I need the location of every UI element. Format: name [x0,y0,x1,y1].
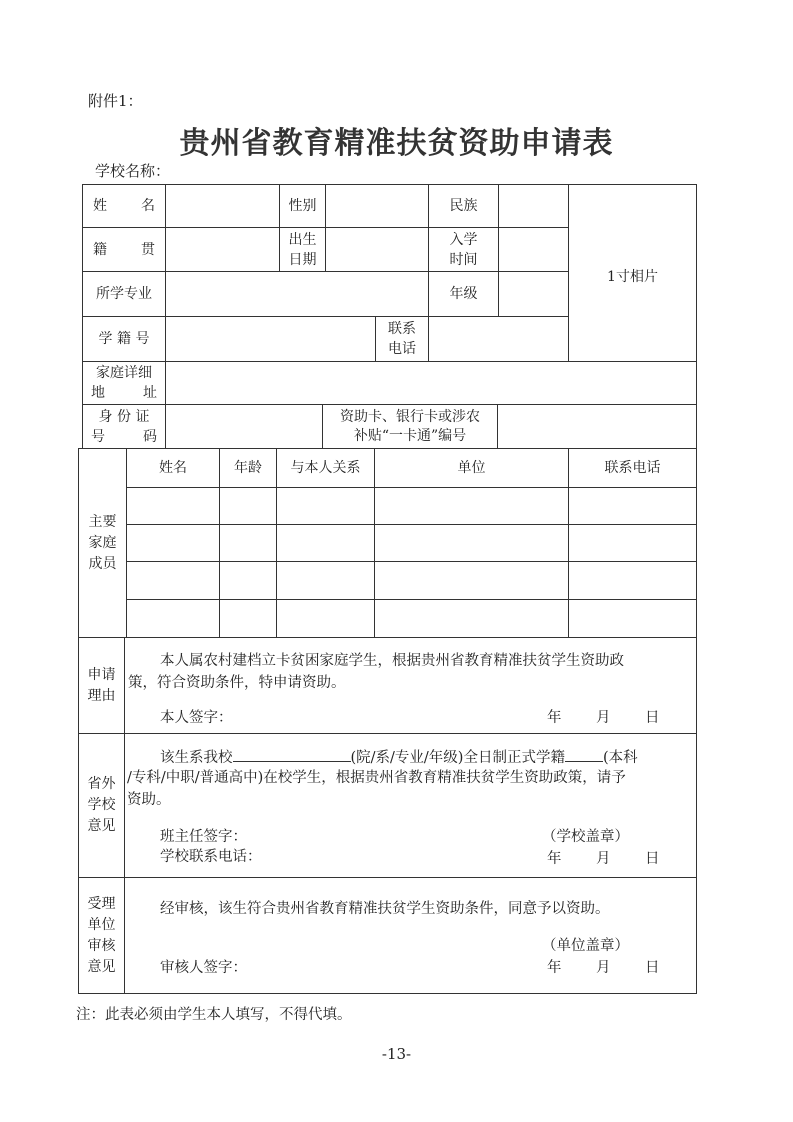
page-number: -13- [0,1045,793,1063]
table-border-bottom [78,993,697,994]
grid-line [165,184,166,448]
school-opinion-line3: 资助。 [127,789,171,811]
school-date-year: 年 [547,848,562,870]
review-date-month: 月 [596,957,611,979]
grid-line [124,637,125,993]
family-name-cell[interactable] [128,489,218,523]
photo-placeholder[interactable]: 1寸相片 [569,185,696,361]
phone-label-line: 联系 [388,319,416,339]
family-phone-cell[interactable] [570,563,695,598]
table-border-right [696,184,697,994]
enroll-label-line: 时间 [450,250,478,270]
family-relation-cell[interactable] [278,526,373,560]
footnote: 注：此表必须由学生本人填写，不得代填。 [76,1003,352,1024]
school-opinion-line2: /专科/中职/普通高中)在校学生，根据贵州省教育精准扶贫学生资助政策，请予 [127,767,626,789]
subsidy-card-label: 资助卡、银行卡或涉农 补贴“一卡通”编号 [323,405,497,448]
review-label-line: 受理 [88,894,116,915]
gender-label: 性别 [280,185,325,227]
family-employer-cell[interactable] [376,489,567,523]
grade-label: 年级 [429,272,498,316]
grid-line [78,877,696,878]
family-age-cell[interactable] [221,563,275,598]
family-age-cell[interactable] [221,601,275,636]
grid-line [126,487,696,488]
grid-line [78,637,696,638]
review-label: 受理 单位 审核 意见 [79,878,124,993]
school-opinion-label-line: 意见 [88,816,116,837]
birth-label-line: 出生 [289,230,317,250]
birth-date-field[interactable] [327,229,427,270]
family-employer-cell[interactable] [376,563,567,598]
review-label-line: 单位 [88,915,116,936]
grid-line [497,404,498,448]
reason-label-line: 申请 [88,665,116,686]
applicant-signature-label: 本人签字： [160,707,233,729]
family-header-name: 姓名 [127,449,219,487]
school-stamp-label: （学校盖章） [542,826,629,848]
family-header-age: 年龄 [220,449,276,487]
family-label-line: 主要 [89,512,117,533]
reason-text-line1: 本人属农村建档立卡贫困家庭学生，根据贵州省教育精准扶贫学生资助政 [160,650,624,672]
enroll-label-line: 入学 [450,230,478,250]
address-label-part: 址 [143,383,157,403]
address-label: 家庭详细 地 址 [83,362,165,404]
school-name-label: 学校名称： [95,160,170,181]
family-header-phone: 联系电话 [569,449,696,487]
reason-date-year: 年 [547,707,562,729]
id-label-part: 号 [91,427,105,447]
attachment-label: 附件1： [88,90,143,111]
grid-line [126,599,696,600]
reason-date-month: 月 [596,707,611,729]
name-label-part: 姓 [93,196,107,216]
student-id-label: 学 籍 号 [83,317,165,361]
address-label-part: 地 [91,383,105,403]
school-opinion-text: 该生系我校 [160,750,233,766]
department-blank[interactable] [233,745,351,762]
enrollment-time-field[interactable] [500,229,567,270]
grid-line [498,184,499,316]
id-label-line: 号 码 [91,427,157,447]
family-phone-cell[interactable] [570,489,695,523]
card-label-line: 补贴“一卡通”编号 [354,427,466,446]
family-members-label: 主要 家庭 成员 [79,449,126,637]
family-header-relation: 与本人关系 [277,449,374,487]
review-text: 经审核，该生符合贵州省教育精准扶贫学生资助条件，同意予以资助。 [160,898,610,920]
school-phone-label: 学校联系电话： [160,846,262,868]
review-date-year: 年 [547,957,562,979]
family-relation-cell[interactable] [278,601,373,636]
ethnicity-field[interactable] [500,186,567,226]
family-employer-cell[interactable] [376,601,567,636]
reason-text-line2: 策，符合资助条件，特申请资助。 [128,672,346,694]
grid-line [325,184,326,271]
school-opinion-label: 省外 学校 意见 [79,734,124,877]
address-field[interactable] [167,363,695,403]
origin-label-part: 籍 [93,240,107,260]
school-date-day: 日 [645,848,660,870]
family-header-employer: 单位 [375,449,568,487]
enrollment-time-label: 入学 时间 [429,228,498,271]
major-label: 所学专业 [83,272,165,316]
id-label-line: 身 份 证 [91,407,157,427]
family-name-cell[interactable] [128,601,218,636]
origin-field[interactable] [167,229,278,270]
school-opinion-label-line: 学校 [88,795,116,816]
family-age-cell[interactable] [221,526,275,560]
grid-line [126,524,696,525]
unit-stamp-label: （单位盖章） [542,935,629,957]
school-opinion-text: (院/系/专业/年级)全日制正式学籍 [351,750,565,766]
family-employer-cell[interactable] [376,526,567,560]
family-relation-cell[interactable] [278,489,373,523]
ethnicity-label: 民族 [429,185,498,227]
id-label-part: 码 [143,427,157,447]
origin-label-part: 贯 [141,240,155,260]
review-label-line: 审核 [88,936,116,957]
grade-field[interactable] [500,273,567,315]
birth-date-label: 出生 日期 [280,228,325,271]
family-phone-cell[interactable] [570,526,695,560]
subsidy-card-field[interactable] [499,406,695,447]
name-field[interactable] [167,186,278,226]
review-date-day: 日 [645,957,660,979]
family-name-cell[interactable] [128,563,218,598]
school-date-month: 月 [596,848,611,870]
form-title: 贵州省教育精准扶贫资助申请表 [0,118,793,162]
phone-field[interactable] [430,318,567,360]
grid-line [82,361,696,362]
address-label-line: 家庭详细 [91,363,157,383]
family-label-line: 成员 [89,554,117,575]
teacher-signature-label: 班主任签字： [160,826,247,848]
review-label-line: 意见 [88,957,116,978]
enrollment-type-blank[interactable] [565,745,603,762]
grid-line [78,733,696,734]
gender-field[interactable] [327,186,427,226]
id-number-field[interactable] [167,406,321,447]
major-field[interactable] [167,273,427,315]
phone-label: 联系 电话 [376,317,428,361]
address-label-line: 地 址 [91,383,157,403]
school-opinion-text: (本科 [603,750,638,766]
reviewer-signature-label: 审核人签字： [160,957,247,979]
grid-line [126,561,696,562]
card-label-line: 资助卡、银行卡或涉农 [340,408,480,427]
school-opinion-label-line: 省外 [88,774,116,795]
family-phone-cell[interactable] [570,601,695,636]
phone-label-line: 电话 [388,339,416,359]
family-age-cell[interactable] [221,489,275,523]
name-label-part: 名 [141,196,155,216]
family-relation-cell[interactable] [278,563,373,598]
name-label: 姓 名 [83,185,165,227]
reason-label: 申请 理由 [79,638,124,733]
id-number-label: 身 份 证 号 码 [83,405,165,448]
origin-label: 籍 贯 [83,228,165,271]
reason-date-day: 日 [645,707,660,729]
family-name-cell[interactable] [128,526,218,560]
birth-label-line: 日期 [289,250,317,270]
family-label-line: 家庭 [89,533,117,554]
school-opinion-line1: 该生系我校(院/系/专业/年级)全日制正式学籍(本科 [160,745,638,769]
student-id-field[interactable] [167,318,374,360]
reason-label-line: 理由 [88,686,116,707]
